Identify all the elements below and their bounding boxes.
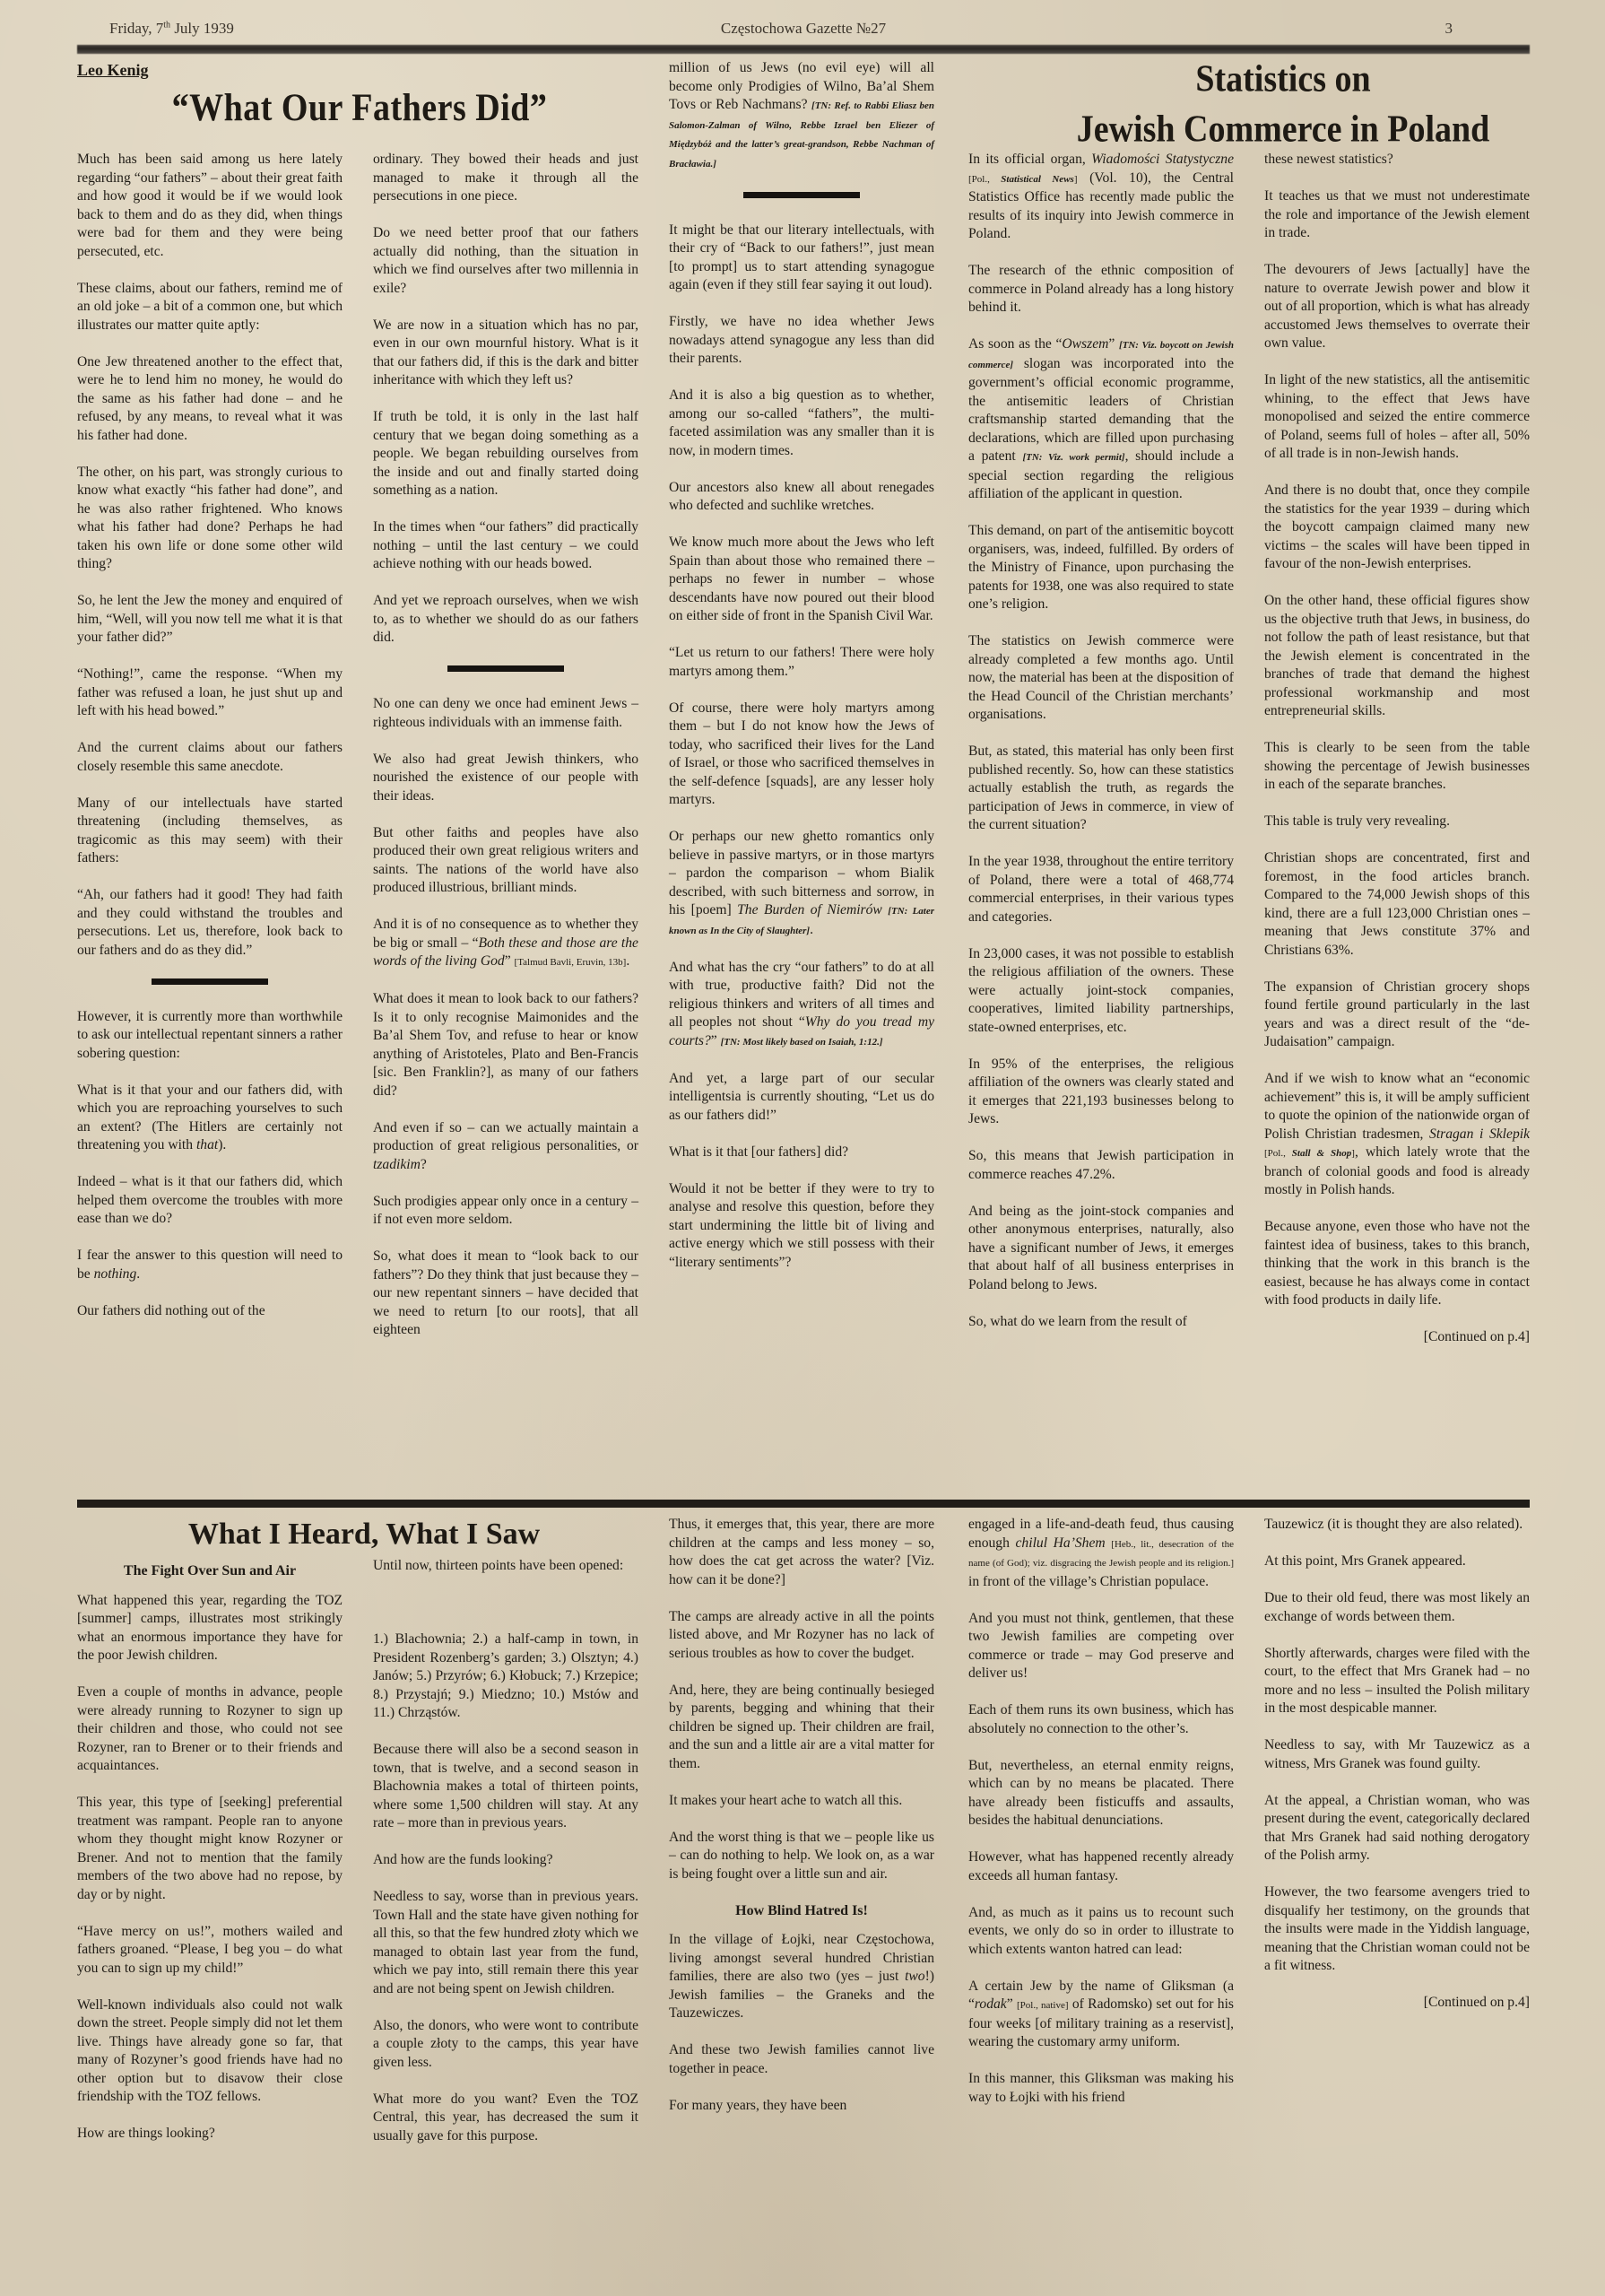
section-rule <box>77 1500 1530 1508</box>
paragraph: We also had great Jewish thinkers, who n… <box>373 751 638 806</box>
paragraph: In the year 1938, throughout the entire … <box>968 853 1234 926</box>
continued-note: [Continued on p.4] <box>1264 1994 1530 2013</box>
paragraph: And even if so – can we actually maintai… <box>373 1119 638 1175</box>
section-divider <box>152 978 268 985</box>
page-number: 3 <box>1445 20 1453 38</box>
continued-note: [Continued on p.4] <box>1264 1328 1530 1347</box>
paragraph: Needless to say, worse than in previous … <box>373 1888 638 1998</box>
paragraph: But, as stated, this material has only b… <box>968 743 1234 835</box>
paragraph: Of course, there were holy martyrs among… <box>669 700 934 810</box>
masthead: Friday, 7th July 1939 Częstochowa Gazett… <box>77 20 1530 43</box>
paragraph: What more do you want? Even the TOZ Cent… <box>373 2091 638 2146</box>
paragraph: It might be that our literary intellectu… <box>669 222 934 295</box>
paragraph: Our ancestors also knew all about renega… <box>669 479 934 516</box>
article-column: engaged in a life-and-death feud, thus c… <box>968 1516 1234 2126</box>
subheading: The Fight Over Sun and Air <box>77 1562 343 1581</box>
paragraph: However, the two fearsome avengers tried… <box>1264 1883 1530 1976</box>
paragraph: What happened this year, regarding the T… <box>77 1592 343 1665</box>
paragraph: The camps are already active in all the … <box>669 1608 934 1664</box>
paragraph: And if we wish to know what an “economic… <box>1264 1070 1530 1200</box>
paragraph: As soon as the “Owszem” [TN: Viz. boycot… <box>968 335 1234 504</box>
article-column: In its official organ, Wiadomości Statys… <box>968 151 1234 1350</box>
paragraph: The research of the ethnic composition o… <box>968 262 1234 317</box>
paragraph: Thus, it emerges that, this year, there … <box>669 1516 934 1589</box>
paragraph: It teaches us that we must not underesti… <box>1264 187 1530 243</box>
paragraph: In light of the new statistics, all the … <box>1264 371 1530 464</box>
section-divider <box>447 665 564 672</box>
paragraph: At the appeal, a Christian woman, who wa… <box>1264 1792 1530 1865</box>
paragraph: Indeed – what is it that our fathers did… <box>77 1173 343 1229</box>
paragraph: Also, the donors, who were wont to contr… <box>373 2017 638 2073</box>
paragraph: Christian shops are concentrated, first … <box>1264 849 1530 960</box>
paragraph: We know much more about the Jews who lef… <box>669 534 934 626</box>
paragraph: And you must not think, gentlemen, that … <box>968 1610 1234 1683</box>
paragraph: And there is no doubt that, once they co… <box>1264 482 1530 574</box>
paragraph: Needless to say, with Mr Tauzewicz as a … <box>1264 1736 1530 1773</box>
paragraph: Because there will also be a second seas… <box>373 1741 638 1833</box>
paragraph: This table is truly very revealing. <box>1264 813 1530 831</box>
paragraph: A certain Jew by the name of Gliksman (a… <box>968 1978 1234 2052</box>
article-headline: “What Our Fathers Did” <box>77 85 642 131</box>
paragraph: In 23,000 cases, it was not possible to … <box>968 945 1234 1038</box>
paragraph: ordinary. They bowed their heads and jus… <box>373 151 638 206</box>
paragraph: For many years, they have been <box>669 2097 934 2116</box>
paragraph: Such prodigies appear only once in a cen… <box>373 1193 638 1230</box>
paragraph: So, this means that Jewish participation… <box>968 1147 1234 1184</box>
paragraph: Many of our intellectuals have started t… <box>77 795 343 868</box>
paragraph: So, what do we learn from the result of <box>968 1313 1234 1332</box>
paragraph: So, what does it mean to “look back to o… <box>373 1248 638 1340</box>
masthead-rule <box>77 45 1530 54</box>
paragraph: “Have mercy on us!”, mothers wailed and … <box>77 1923 343 1979</box>
paragraph: Much has been said among us here lately … <box>77 151 343 261</box>
section-divider <box>743 192 860 198</box>
paragraph: engaged in a life-and-death feud, thus c… <box>968 1516 1234 1591</box>
article-column: million of us Jews (no evil eye) will al… <box>669 59 934 1291</box>
paragraph: And yet we reproach ourselves, when we w… <box>373 592 638 648</box>
paragraph: Even a couple of months in advance, peop… <box>77 1683 343 1776</box>
publication-title: Częstochowa Gazette №27 <box>77 20 1530 38</box>
article-column: Until now, thirteen points have been ope… <box>373 1557 638 2164</box>
paragraph: But, nevertheless, an eternal enmity rei… <box>968 1757 1234 1831</box>
paragraph: The devourers of Jews [actually] have th… <box>1264 261 1530 353</box>
paragraph: In its official organ, Wiadomości Statys… <box>968 151 1234 244</box>
article-column: these newest statistics?It teaches us th… <box>1264 151 1530 1365</box>
paragraph: The statistics on Jewish commerce were a… <box>968 632 1234 725</box>
paragraph: Each of them runs its own business, whic… <box>968 1701 1234 1738</box>
paragraph <box>373 1594 638 1613</box>
paragraph: Tauzewicz (it is thought they are also r… <box>1264 1516 1530 1535</box>
headline-line: Statistics on <box>1037 54 1530 104</box>
paragraph: I fear the answer to this question will … <box>77 1247 343 1283</box>
paragraph: In 95% of the enterprises, the religious… <box>968 1056 1234 1129</box>
paragraph: What is it that your and our fathers did… <box>77 1082 343 1155</box>
paragraph: However, what has happened recently alre… <box>968 1848 1234 1885</box>
paragraph: Our fathers did nothing out of the <box>77 1302 343 1321</box>
paragraph: The other, on his part, was strongly cur… <box>77 464 343 574</box>
paragraph: No one can deny we once had eminent Jews… <box>373 695 638 732</box>
paragraph: This is clearly to be seen from the tabl… <box>1264 739 1530 795</box>
paragraph: “Let us return to our fathers! There wer… <box>669 644 934 681</box>
paragraph: So, he lent the Jew the money and enquir… <box>77 592 343 648</box>
article-column: Thus, it emerges that, this year, there … <box>669 1516 934 2134</box>
article-column: ordinary. They bowed their heads and jus… <box>373 151 638 1358</box>
paragraph: “Ah, our fathers had it good! They had f… <box>77 886 343 960</box>
paragraph: If truth be told, it is only in the last… <box>373 408 638 500</box>
headline-line: Jewish Commerce in Poland <box>1037 104 1530 154</box>
paragraph: The expansion of Christian grocery shops… <box>1264 978 1530 1052</box>
subheading: How Blind Hatred Is! <box>669 1902 934 1921</box>
article-headline: What I Heard, What I Saw <box>77 1518 651 1552</box>
paragraph: Because anyone, even those who have not … <box>1264 1218 1530 1310</box>
paragraph: “Nothing!”, came the response. “When my … <box>77 665 343 721</box>
paragraph: And, as much as it pains us to recount s… <box>968 1904 1234 1960</box>
article-byline: Leo Kenig <box>77 61 149 80</box>
paragraph: In this manner, this Gliksman was making… <box>968 2070 1234 2107</box>
paragraph: And, here, they are being continually be… <box>669 1682 934 1774</box>
paragraph: This demand, on part of the antisemitic … <box>968 522 1234 614</box>
paragraph: And how are the funds looking? <box>373 1851 638 1870</box>
paragraph: Well-known individuals also could not wa… <box>77 1996 343 2107</box>
paragraph: Until now, thirteen points have been ope… <box>373 1557 638 1576</box>
article-column: Much has been said among us here lately … <box>77 151 343 1339</box>
paragraph: What is it that [our fathers] did? <box>669 1144 934 1162</box>
article-column: The Fight Over Sun and AirWhat happened … <box>77 1562 343 2161</box>
article-column: Tauzewicz (it is thought they are also r… <box>1264 1516 1530 2031</box>
paragraph: Do we need better proof that our fathers… <box>373 224 638 298</box>
paragraph: However, it is currently more than worth… <box>77 1008 343 1064</box>
paragraph: On the other hand, these official figure… <box>1264 592 1530 721</box>
paragraph: Or perhaps our new ghetto romantics only… <box>669 828 934 940</box>
paragraph: Shortly afterwards, charges were filed w… <box>1264 1645 1530 1718</box>
paragraph: million of us Jews (no evil eye) will al… <box>669 59 934 173</box>
paragraph: This year, this type of [seeking] prefer… <box>77 1794 343 1904</box>
paragraph: In the times when “our fathers” did prac… <box>373 518 638 574</box>
paragraph: One Jew threatened another to the effect… <box>77 353 343 446</box>
paragraph: Would it not be better if they were to t… <box>669 1180 934 1273</box>
paragraph: And the worst thing is that we – people … <box>669 1829 934 1884</box>
paragraph: And yet, a large part of our secular int… <box>669 1070 934 1126</box>
paragraph: These claims, about our fathers, remind … <box>77 280 343 335</box>
article-headline: Statistics on Jewish Commerce in Poland <box>1037 54 1530 154</box>
paragraph: 1.) Blachownia; 2.) a half-camp in town,… <box>373 1631 638 1723</box>
paragraph: What does it mean to look back to our fa… <box>373 990 638 1100</box>
paragraph: But other faiths and peoples have also p… <box>373 824 638 898</box>
paragraph: And it is of no consequence as to whethe… <box>373 916 638 972</box>
paragraph: And what has the cry “our fathers” to do… <box>669 959 934 1052</box>
paragraph: Due to their old feud, there was most li… <box>1264 1589 1530 1626</box>
paragraph: In the village of Łojki, near Częstochow… <box>669 1931 934 2023</box>
paragraph: At this point, Mrs Granek appeared. <box>1264 1552 1530 1571</box>
paragraph: It makes your heart ache to watch all th… <box>669 1792 934 1811</box>
paragraph: these newest statistics? <box>1264 151 1530 170</box>
paragraph: Firstly, we have no idea whether Jews no… <box>669 313 934 369</box>
paragraph: And the current claims about our fathers… <box>77 739 343 776</box>
paragraph: And these two Jewish families cannot liv… <box>669 2041 934 2078</box>
paragraph: We are now in a situation which has no p… <box>373 317 638 390</box>
paragraph: And it is also a big question as to whet… <box>669 387 934 460</box>
paragraph: How are things looking? <box>77 2125 343 2144</box>
paragraph: And being as the joint-stock companies a… <box>968 1203 1234 1295</box>
